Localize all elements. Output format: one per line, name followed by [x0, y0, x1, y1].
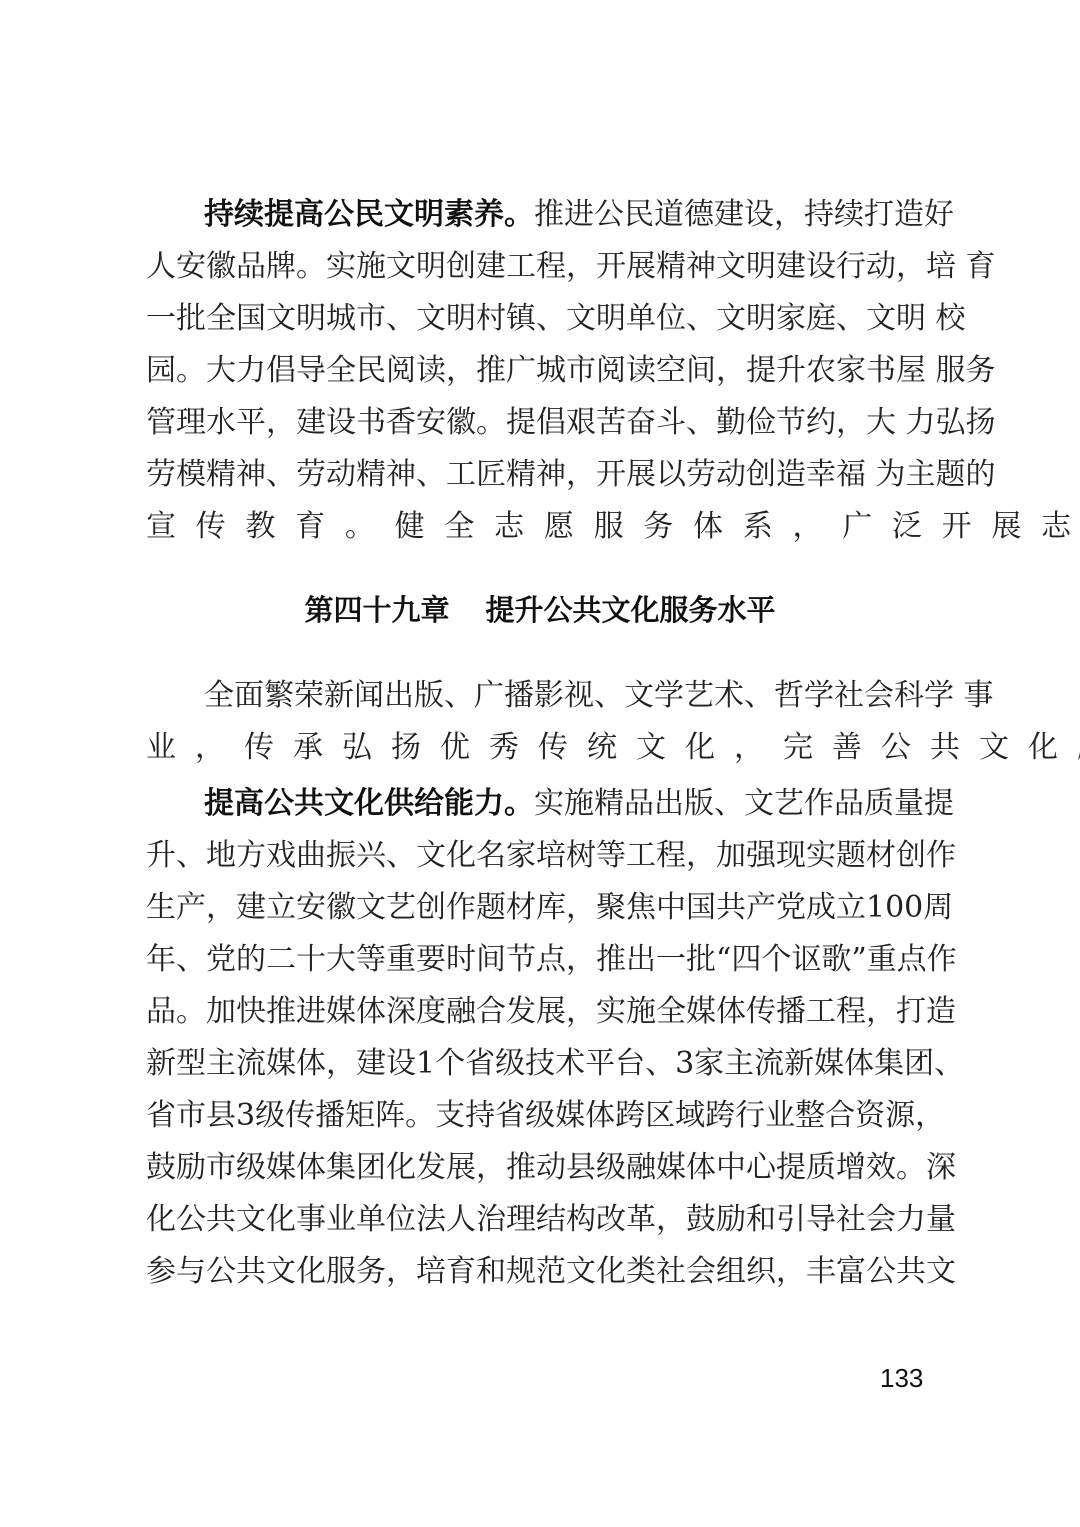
- paragraph-line: 持续提高公民文明素养。推进公民道德建设，持续打造好: [204, 195, 936, 235]
- bold-lead-heading: 提高公共文化供给能力。: [204, 786, 534, 821]
- paragraph-line: 参与公共文化服务，培育和规范文化类社会组织，丰富公共文: [146, 1252, 936, 1292]
- paragraph-line: 全面繁荣新闻出版、广播影视、文学艺术、哲学社会科学 事: [204, 676, 936, 716]
- bold-lead-heading: 持续提高公民文明素养。: [204, 197, 534, 232]
- paragraph-line: 一批全国文明城市、文明村镇、文明单位、文明家庭、文明 校: [146, 299, 936, 339]
- paragraph-line: 省市县3级传播矩阵。支持省级媒体跨区域跨行业整合资源，: [146, 1096, 936, 1136]
- paragraph-line: 人安徽品牌。实施文明创建工程，开展精神文明建设行动，培 育: [146, 247, 936, 287]
- paragraph-line: 年、党的二十大等重要时间节点，推出一批“四个讴歌”重点作: [146, 940, 936, 980]
- paragraph-line: 园。大力倡导全民阅读，推广城市阅读空间，提升农家书屋 服务: [146, 351, 936, 391]
- paragraph-line: 生产，建立安徽文艺创作题材库，聚焦中国共产党成立100周: [146, 888, 936, 928]
- page-number: 133: [880, 1363, 923, 1394]
- paragraph-line: 品。加快推进媒体深度融合发展，实施全媒体传播工程，打造: [146, 992, 936, 1032]
- paragraph-line: 劳模精神、劳动精神、工匠精神，开展以劳动创造幸福 为主题的: [146, 455, 936, 495]
- paragraph-line: 升、地方戏曲振兴、文化名家培树等工程，加强现实题材创作: [146, 836, 936, 876]
- paragraph-text: 推进公民道德建设，持续打造好: [534, 197, 954, 232]
- chapter-title: 提升公共文化服务水平: [486, 593, 776, 627]
- paragraph-line: 化公共文化事业单位法人治理结构改革，鼓励和引导社会力量: [146, 1200, 936, 1240]
- document-page: 持续提高公民文明素养。推进公民道德建设，持续打造好 人安徽品牌。实施文明创建工程…: [0, 0, 1080, 1527]
- chapter-heading: 第四十九章提升公共文化服务水平: [0, 590, 1080, 630]
- chapter-number: 第四十九章: [304, 593, 449, 627]
- paragraph-line: 宣传教育。健全志愿服务体系，广泛开展志愿服务关 爱行动。: [146, 507, 936, 547]
- paragraph-text: 实施精品出版、文艺作品质量提: [534, 786, 954, 821]
- paragraph-line: 业，传承弘扬优秀传统文化，完善公共文化服务体系。: [146, 728, 936, 768]
- paragraph-line: 提高公共文化供给能力。实施精品出版、文艺作品质量提: [204, 784, 936, 824]
- paragraph-line: 新型主流媒体，建设1个省级技术平台、3家主流新媒体集团、: [146, 1044, 936, 1084]
- paragraph-line: 管理水平，建设书香安徽。提倡艰苦奋斗、勤俭节约，大 力弘扬: [146, 403, 936, 443]
- paragraph-line: 鼓励市级媒体集团化发展，推动县级融媒体中心提质增效。深: [146, 1148, 936, 1188]
